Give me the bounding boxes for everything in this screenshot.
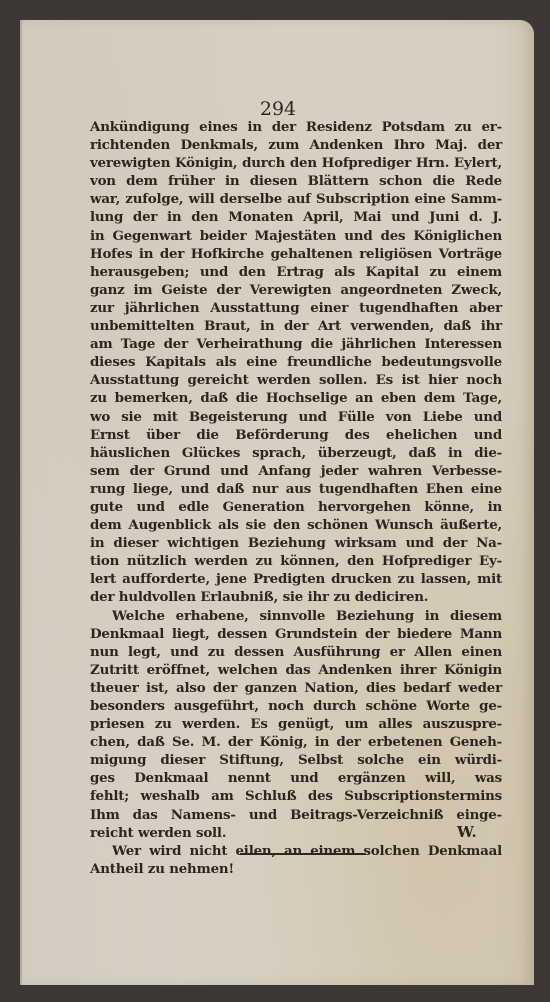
text-line: war, zufolge, will derselbe auf Subscrip… bbox=[90, 190, 502, 208]
text-line: fehlt; weshalb am Schluß des Subscriptio… bbox=[90, 787, 502, 805]
text-line: lert aufforderte, jene Predigten drucken… bbox=[90, 570, 502, 588]
text-line: dem Augenblick als sie den schönen Wunsc… bbox=[90, 516, 502, 534]
text-line: wo sie mit Begeisterung und Fülle von Li… bbox=[90, 408, 502, 426]
text-line: unbemittelten Braut, in der Art verwende… bbox=[90, 317, 502, 335]
text-line: besonders ausgeführt, noch durch schöne … bbox=[90, 697, 502, 715]
text-line: Zutritt eröffnet, welchen das Andenken i… bbox=[90, 661, 502, 679]
text-line: lung der in den Monaten April, Mai und J… bbox=[90, 208, 502, 226]
text-line: Ernst über die Beförderung des ehelichen… bbox=[90, 426, 502, 444]
text-line: chen, daß Se. M. der König, in der erbet… bbox=[90, 733, 502, 751]
text-line: gute und edle Generation hervorgehen kön… bbox=[90, 498, 502, 516]
text-line: von dem früher in diesen Blättern schon … bbox=[90, 172, 502, 190]
text-line: theuer ist, also der ganzen Nation, dies… bbox=[90, 679, 502, 697]
text-line: richtenden Denkmals, zum Andenken Ihro M… bbox=[90, 136, 502, 154]
text-line: herausgeben; und den Ertrag als Kapital … bbox=[90, 263, 502, 281]
text-line: der huldvollen Erlaubniß, sie ihr zu ded… bbox=[90, 588, 502, 606]
page-number: 294 bbox=[22, 98, 534, 120]
text-line: Welche erhabene, sinnvolle Beziehung in … bbox=[90, 607, 502, 625]
text-line: in dieser wichtigen Beziehung wirksam un… bbox=[90, 534, 502, 552]
text-line: Antheil zu nehmen! bbox=[90, 860, 502, 878]
text-line: Ihm das Namens- und Beitrags-Verzeichniß… bbox=[90, 806, 502, 824]
author-signature: W. bbox=[457, 823, 477, 841]
text-line: zur jährlichen Ausstattung einer tugendh… bbox=[90, 299, 502, 317]
text-line: häuslichen Glückes sprach, überzeugt, da… bbox=[90, 444, 502, 462]
article-text: Ankündigung eines in der Residenz Potsda… bbox=[90, 118, 502, 878]
text-line: in Gegenwart beider Majestäten und des K… bbox=[90, 227, 502, 245]
text-line: Ankündigung eines in der Residenz Potsda… bbox=[90, 118, 502, 136]
text-line: priesen zu werden. Es genügt, um alles a… bbox=[90, 715, 502, 733]
text-line: reicht werden soll. bbox=[90, 824, 502, 842]
text-line: nun legt, und zu dessen Ausführung er Al… bbox=[90, 643, 502, 661]
text-line: Denkmaal liegt, dessen Grundstein der bi… bbox=[90, 625, 502, 643]
text-line: ganz im Geiste der Verewigten angeordnet… bbox=[90, 281, 502, 299]
text-line: Ausstattung gereicht werden sollen. Es i… bbox=[90, 371, 502, 389]
text-line: ges Denkmaal nennt und ergänzen will, wa… bbox=[90, 769, 502, 787]
text-line: tion nützlich werden zu können, den Hofp… bbox=[90, 552, 502, 570]
document-page: 294 Ankündigung eines in der Residenz Po… bbox=[20, 20, 534, 985]
text-line: Hofes in der Hofkirche gehaltenen religi… bbox=[90, 245, 502, 263]
text-line: rung liege, und daß nur aus tugendhaften… bbox=[90, 480, 502, 498]
text-line: zu bemerken, daß die Hochselige an eben … bbox=[90, 389, 502, 407]
text-line: am Tage der Verheirathung die jährlichen… bbox=[90, 335, 502, 353]
text-line: migung dieser Stiftung, Selbst solche ei… bbox=[90, 751, 502, 769]
text-line: Wer wird nicht eilen, an einem solchen D… bbox=[90, 842, 502, 860]
section-divider-rule bbox=[240, 853, 366, 855]
text-line: sem der Grund und Anfang jeder wahren Ve… bbox=[90, 462, 502, 480]
text-line: dieses Kapitals als eine freundliche bed… bbox=[90, 353, 502, 371]
text-line: verewigten Königin, durch den Hofpredige… bbox=[90, 154, 502, 172]
